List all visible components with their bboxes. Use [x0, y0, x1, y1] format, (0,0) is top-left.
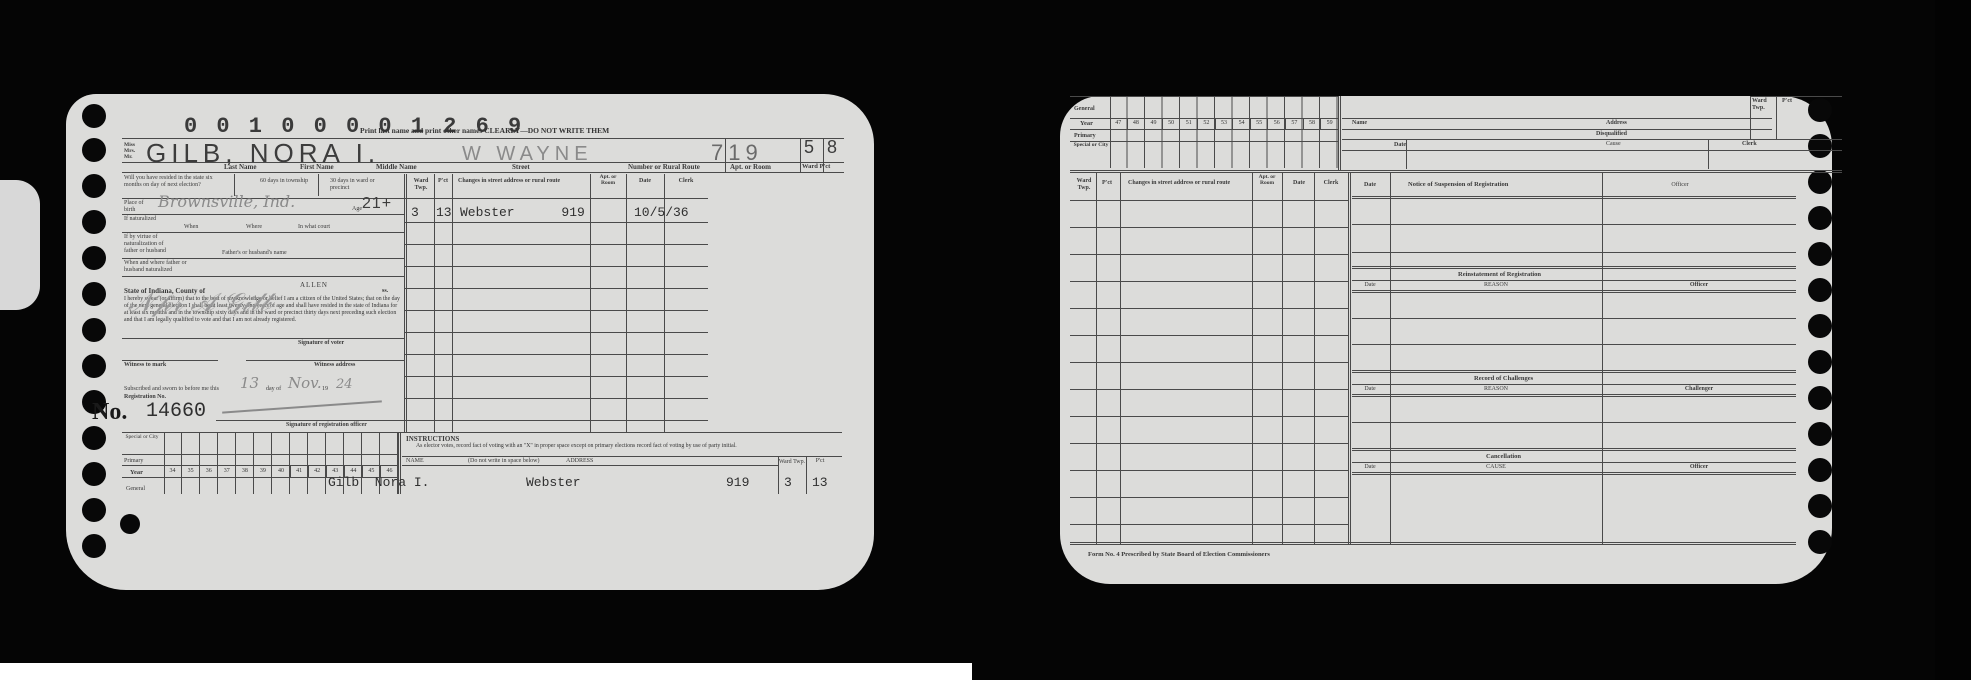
- punch-hole: [82, 498, 106, 522]
- grid-label-year: Year: [130, 470, 143, 477]
- officer-signature-label: Signature of registration officer: [286, 422, 367, 428]
- reinstatement-title: Reinstatement of Registration: [1458, 272, 1541, 279]
- col-date: Date: [628, 178, 662, 184]
- subscribed-day: 13: [240, 376, 259, 391]
- punch-hole: [1808, 134, 1832, 158]
- punch-hole: [82, 104, 106, 128]
- punch-hole: [82, 426, 106, 450]
- back-name-label: Name: [1352, 120, 1367, 126]
- voter-signature: 𝒩𝓅𝓇 𝒜 𝒢𝒾𝓁𝒷: [128, 290, 270, 316]
- reinstatement-col-reason: REASON: [1392, 282, 1600, 288]
- age-handwritten: 21+: [362, 196, 392, 212]
- signature-of-voter-label: Signature of voter: [298, 340, 344, 346]
- grid-label-primary: Primary: [124, 458, 143, 464]
- back-grid-cells: [1110, 96, 1338, 168]
- label-middle-name: Middle Name: [376, 164, 417, 171]
- punch-hole: [1808, 170, 1832, 194]
- punch-hole: [1808, 530, 1832, 554]
- punch-hole: [120, 514, 140, 534]
- cancellation-col-officer: Officer: [1604, 464, 1794, 470]
- punch-hole: [82, 534, 106, 558]
- title-prefix: Miss Mrs. Mr.: [124, 142, 142, 160]
- punch-hole: [82, 354, 106, 378]
- grid-label-special: Special or City: [122, 434, 162, 440]
- label-apt: Apt. or Room: [730, 164, 771, 171]
- back-grid-label-primary: Primary: [1074, 133, 1096, 139]
- back-grid-label-year: Year: [1080, 121, 1093, 128]
- age-label: Age: [352, 206, 362, 212]
- punch-hole: [82, 210, 106, 234]
- punch-hole: [1808, 206, 1832, 230]
- challenges-title: Record of Challenges: [1474, 376, 1533, 383]
- back-address-label: Address: [1606, 120, 1627, 126]
- back-clerk-label: Clerk: [1742, 141, 1757, 147]
- punch-hole: [1808, 314, 1832, 338]
- cancellation-title: Cancellation: [1486, 454, 1521, 461]
- punch-hole: [1808, 494, 1832, 518]
- residency-township: 60 days in township: [260, 178, 310, 185]
- number-handwritten: 719: [711, 142, 763, 164]
- back-col-ward: Ward Twp.: [1072, 178, 1096, 192]
- birth-place-handwritten: Brownsville, Ind.: [158, 194, 295, 210]
- father-when-where-label: When and where father or husband natural…: [124, 260, 196, 274]
- subscribed-day-of: day of: [266, 386, 281, 392]
- label-street: Street: [512, 164, 530, 171]
- suspension-col-officer: Officer: [1620, 182, 1740, 188]
- punch-hole: [82, 174, 106, 198]
- witness-to-mark-label: Witness to mark: [124, 362, 166, 368]
- challenges-col-date: Date: [1352, 386, 1388, 392]
- back-changes-rows: [1070, 200, 1348, 542]
- punch-hole: [1808, 98, 1832, 122]
- suspension-title: Notice of Suspension of Registration: [1408, 182, 1508, 189]
- challenges-col-reason: REASON: [1392, 386, 1600, 392]
- reinstatement-col-date: Date: [1352, 282, 1388, 288]
- cancellation-col-date: Date: [1352, 464, 1388, 470]
- father-virtue-label: If by virtue of naturalization of father…: [124, 234, 176, 255]
- label-ward-pct: Ward P'ct: [802, 164, 830, 171]
- back-col-changes: Changes in street address or rural route: [1128, 180, 1230, 186]
- number-symbol: No.: [92, 400, 127, 424]
- label-number: Number or Rural Route: [628, 164, 700, 171]
- scan-border: [1935, 0, 1971, 680]
- col-changes: Changes in street address or rural route: [458, 178, 560, 184]
- subscribed-text: Subscribed and sworn to before me this: [124, 386, 219, 392]
- back-date-label: Date: [1394, 142, 1406, 148]
- punch-hole: [1808, 278, 1832, 302]
- naturalized-where: Where: [246, 224, 262, 230]
- subscribed-year-prefix: 19: [322, 386, 328, 392]
- index-address-label: ADDRESS: [566, 458, 593, 464]
- index-ward: 3: [784, 476, 792, 489]
- father-name-label: Father's or husband's name: [222, 250, 287, 256]
- birth-label: Place of birth: [124, 200, 146, 214]
- suspension-col-date: Date: [1352, 182, 1388, 188]
- back-disqualified-label: Disqualified: [1596, 131, 1627, 137]
- do-not-write-label: (Do not write in space below): [468, 458, 539, 464]
- back-pct-label: P'ct: [1782, 98, 1792, 104]
- challenges-col-challenger: Challenger: [1604, 386, 1794, 392]
- col-ward-twp: Ward Twp.: [410, 178, 432, 192]
- street-handwritten: W WAYNE: [462, 144, 593, 164]
- registration-number: 14660: [146, 402, 206, 422]
- index-name: Gilb Nora I.: [328, 476, 429, 489]
- oath-ss: ss.: [382, 288, 388, 294]
- instructions-title: INSTRUCTIONS: [406, 436, 459, 443]
- index-name-label: NAME: [406, 458, 424, 464]
- back-grid-label-special: Special or City: [1072, 142, 1110, 148]
- punch-hole: [82, 282, 106, 306]
- label-last-name: Last Name: [224, 164, 256, 171]
- form-footer: Form No. 4 Prescribed by State Board of …: [1088, 552, 1270, 559]
- reinstatement-col-officer: Officer: [1604, 282, 1794, 288]
- instructions-text: As elector votes, record fact of voting …: [416, 443, 806, 450]
- naturalized-court: In what court: [298, 224, 330, 230]
- index-street: Webster: [526, 476, 581, 489]
- col-pct: P'ct: [436, 178, 450, 184]
- index-ward-label: Ward Twp.: [778, 458, 806, 467]
- col-clerk: Clerk: [666, 178, 706, 184]
- index-number: 919: [726, 476, 749, 489]
- col-apt-room: Apt. or Room: [592, 174, 624, 186]
- header-instruction: Print last name and print other names CL…: [360, 127, 609, 135]
- punch-hole: [1808, 422, 1832, 446]
- punch-hole: [82, 246, 106, 270]
- adjacent-card-edge: [0, 180, 40, 310]
- residency-precinct: 30 days in ward or precinct: [330, 178, 394, 192]
- officer-signature: [222, 400, 382, 413]
- index-pct-label: P'ct: [808, 458, 832, 464]
- back-col-pct: P'ct: [1096, 180, 1118, 186]
- back-col-apt: Apt. or Room: [1252, 174, 1282, 186]
- punch-hole: [1808, 386, 1832, 410]
- back-cause-label: Cause: [1606, 141, 1621, 147]
- subscribed-month: Nov.: [288, 376, 322, 391]
- punch-hole: [82, 318, 106, 342]
- punch-hole: [1808, 242, 1832, 266]
- grid-label-general: General: [126, 486, 145, 492]
- back-col-clerk: Clerk: [1316, 180, 1346, 186]
- registration-card-back: General Year Primary Special or City 47 …: [1060, 96, 1832, 584]
- witness-address-label: Witness address: [314, 362, 355, 368]
- residency-question: Will you have resided in the state six m…: [124, 175, 214, 189]
- punch-hole: [1808, 350, 1832, 374]
- back-ward-twp-label: Ward Twp.: [1752, 98, 1774, 112]
- back-col-date: Date: [1284, 180, 1314, 186]
- punch-hole: [82, 462, 106, 486]
- scan-margin-strip: [0, 663, 972, 680]
- cancellation-col-cause: CAUSE: [1392, 464, 1600, 470]
- back-grid-label-general: General: [1074, 106, 1095, 112]
- index-pct: 13: [812, 476, 828, 489]
- registration-card-front: 0 0 1 0 0 0 0 1 2 6 9 Print last name an…: [66, 94, 874, 590]
- subscribed-year: 24: [336, 378, 353, 391]
- naturalized-when: When: [184, 224, 198, 230]
- oath-county: ALLEN: [300, 282, 328, 289]
- label-first-name: First Name: [300, 164, 334, 171]
- naturalized-label: If naturalized: [124, 216, 162, 223]
- punch-hole: [1808, 458, 1832, 482]
- punch-hole: [82, 138, 106, 162]
